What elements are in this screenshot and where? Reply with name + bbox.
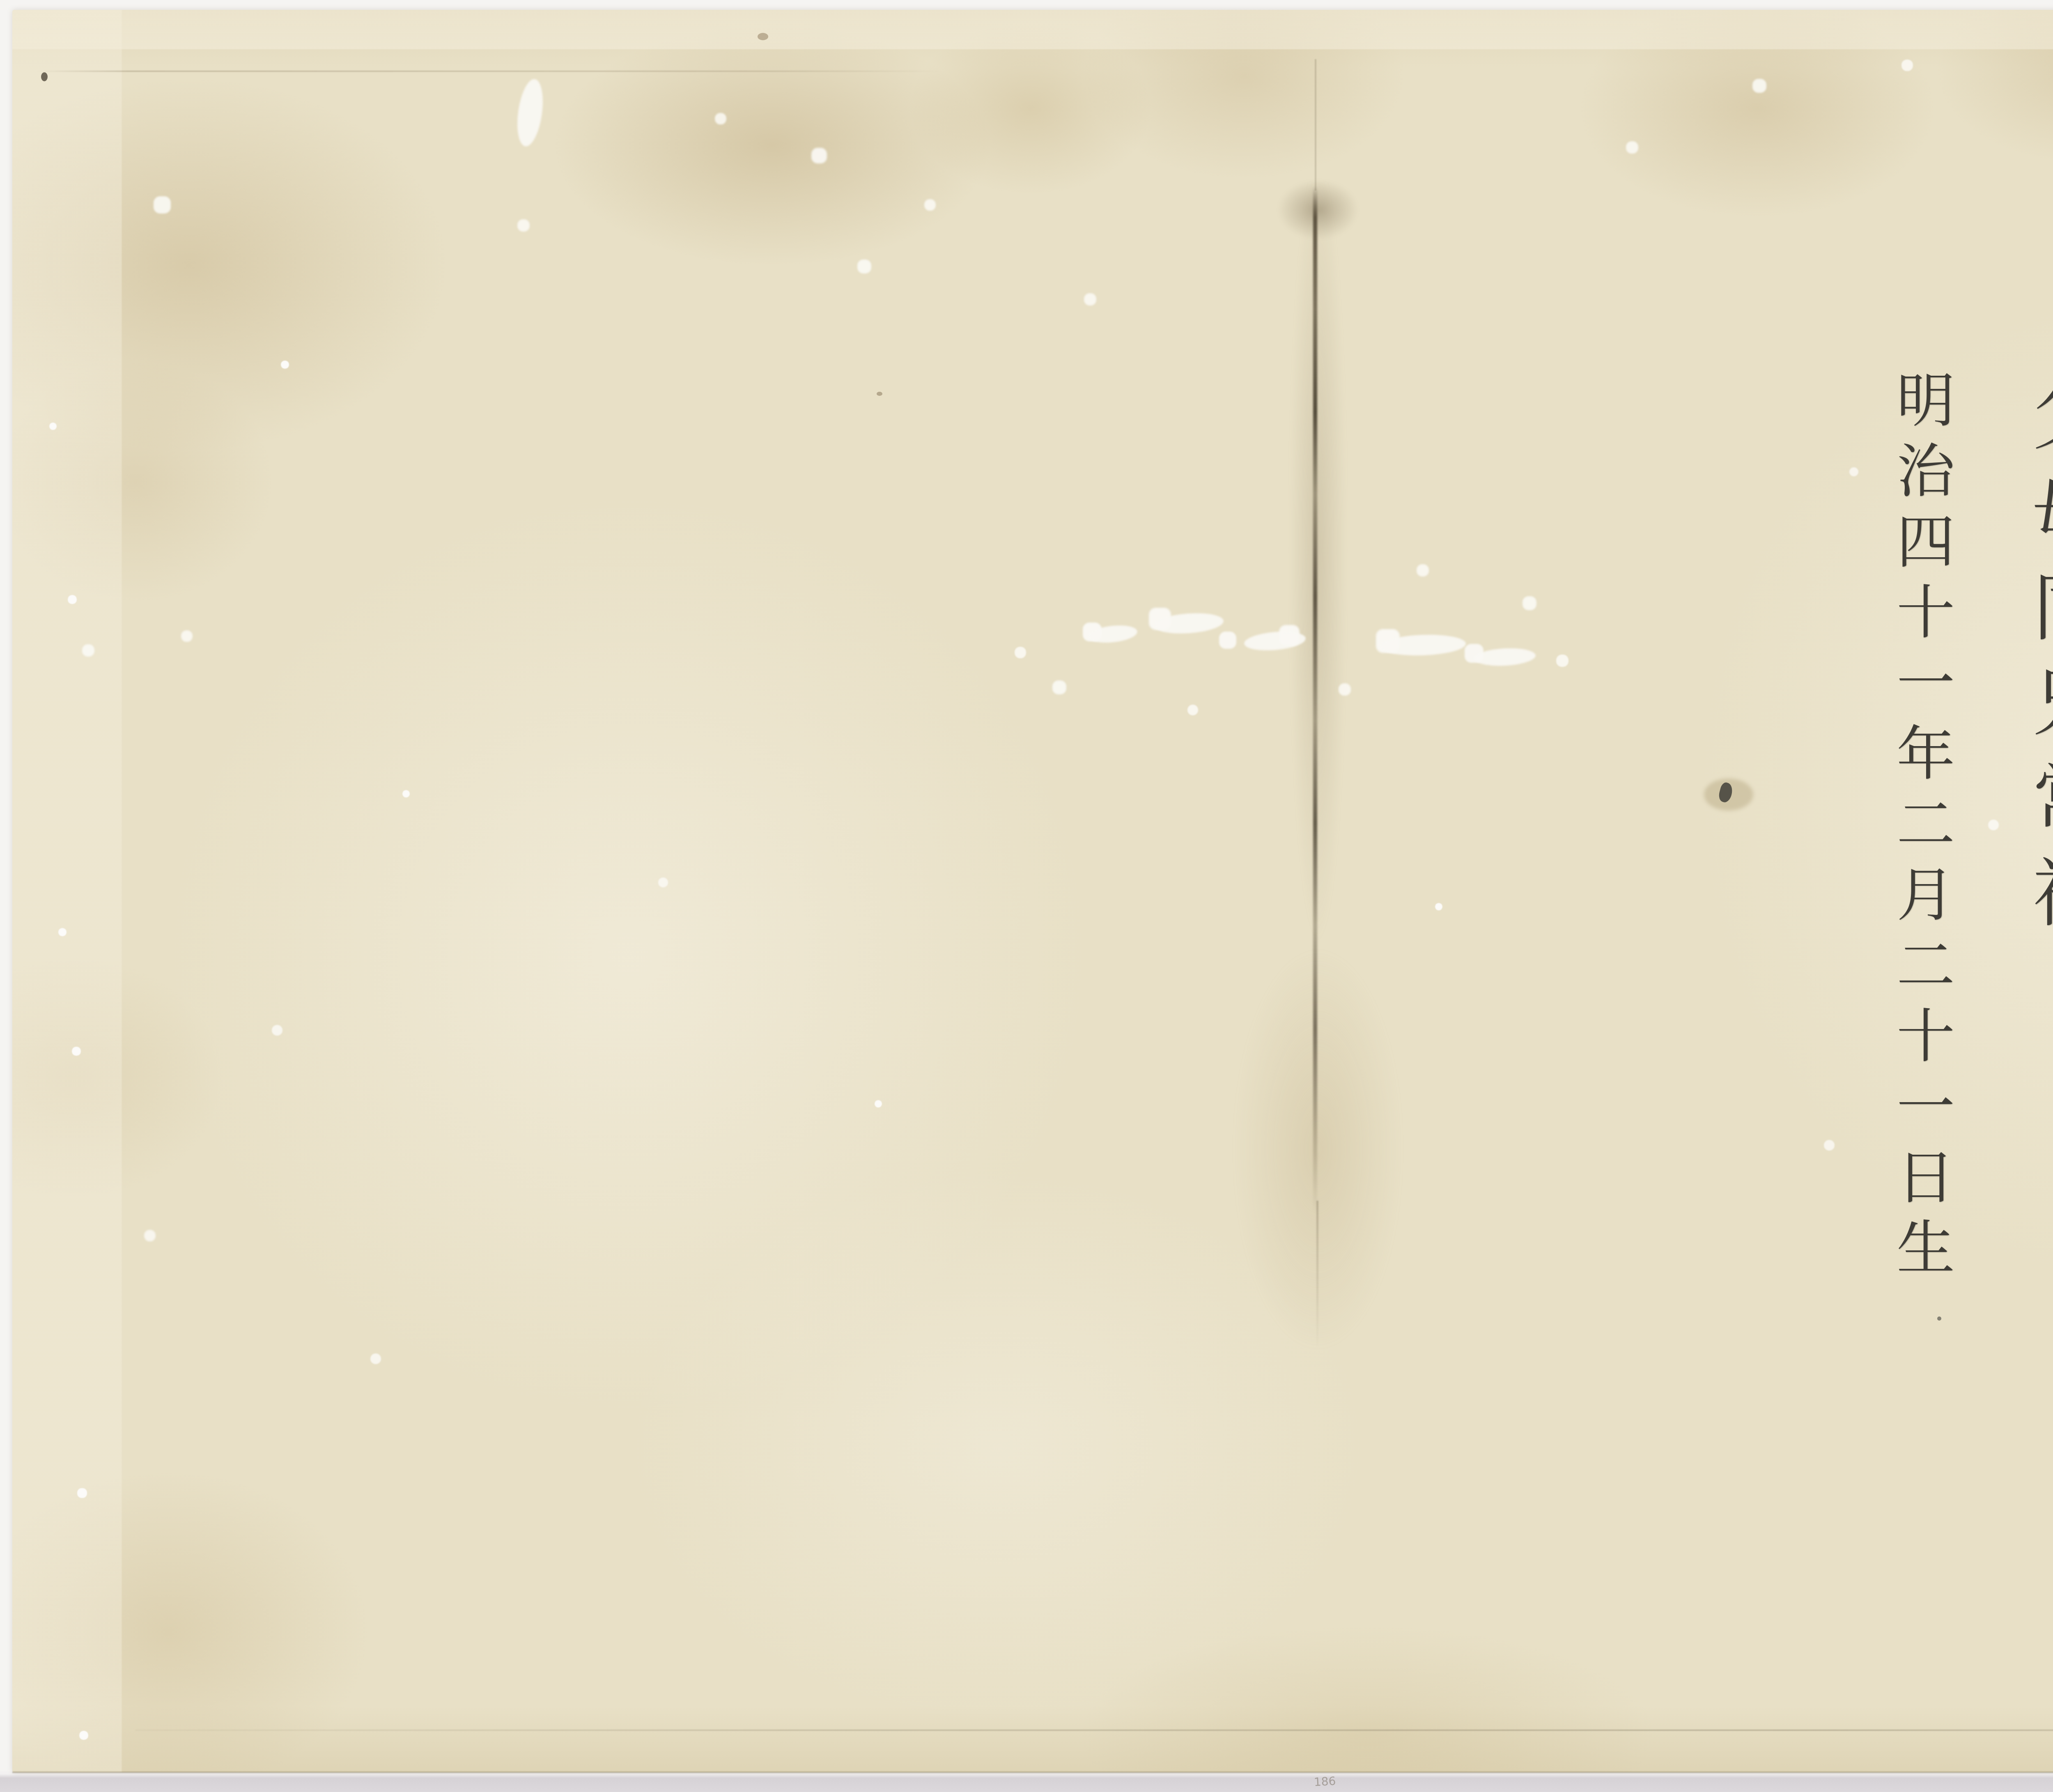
center-fold-shadow: [1277, 182, 1359, 1234]
paper-sheet: [12, 10, 2053, 1772]
scanned-document: 常重 童名蒲戸 父母同兄常祥 明治四十一年二月二十一日生 100 186: [0, 0, 2053, 1792]
paper-chip: [1087, 623, 1138, 645]
worm-holes: [12, 10, 16, 13]
paper-chip: [1153, 611, 1224, 636]
dirt-speck: [758, 33, 768, 40]
paper-chip: [1474, 647, 1536, 667]
calligraphy-column-birthdate: 明治四十一年二月二十一日生: [1878, 370, 1962, 1288]
center-fold-faint-bottom: [1316, 1201, 1318, 1349]
pencil-mark: 186: [1314, 1774, 1336, 1789]
dirt-speck: [41, 72, 48, 81]
crease-line-top: [37, 71, 940, 72]
center-fold-line: [1313, 186, 1317, 1213]
crease-line-bottom: [135, 1730, 2053, 1731]
center-fold-faint-top: [1315, 59, 1316, 191]
paper-chip: [1379, 633, 1466, 657]
ink-speck: [1937, 1316, 1941, 1321]
calligraphy-column-family: 父母同兄常祥: [2010, 378, 2053, 949]
dirt-speck: [877, 392, 882, 396]
paper-chip: [514, 78, 547, 148]
center-fold-flare: [1261, 172, 1376, 267]
scanner-bed-bottom: [0, 1771, 2053, 1792]
